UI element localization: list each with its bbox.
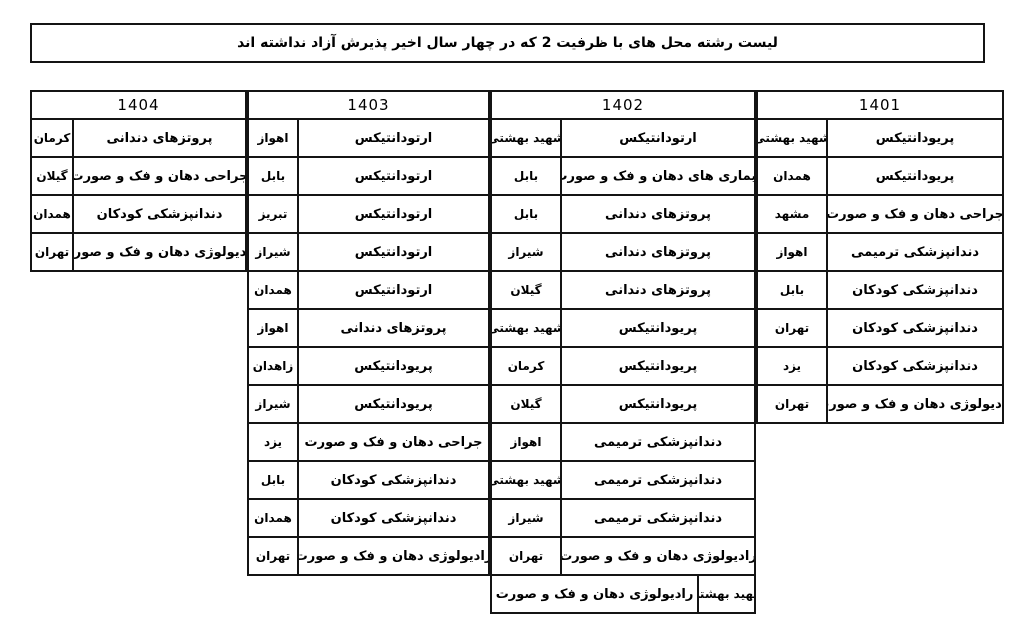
city-cell: شهید بهشتی [492, 120, 562, 156]
city-cell: اهواز [249, 120, 299, 156]
specialty-cell: جراحی دهان و فک و صورت [828, 196, 1002, 232]
city-cell: کرمان [492, 348, 562, 384]
table-row: اهوازدندانپزشکی ترمیمی [492, 422, 754, 460]
city-cell: زاهدان [249, 348, 299, 384]
table-row: یزددندانپزشکی کودکان [758, 346, 1002, 384]
table-row: همدانپریودانتیکس [758, 156, 1002, 194]
year-group-1402: 1402 شهید بهشتیارتودانتیکسبابلبیماری های… [490, 90, 756, 614]
specialty-cell: پریودانتیکس [562, 386, 754, 422]
table-row: گیلانپروتزهای دندانی [492, 270, 754, 308]
table-row: تبریزارتودانتیکس [249, 194, 488, 232]
city-cell: همدان [249, 500, 299, 536]
specialty-cell: بیماری های دهان و فک و صورت [562, 158, 754, 194]
specialty-cell: رادیولوژی دهان و فک و صورت [562, 538, 754, 574]
year-group-1403: 1403 اهوازارتودانتیکسبابلارتودانتیکستبری… [247, 90, 490, 576]
year-group-1401: 1401 شهید بهشتیپریودانتیکسهمدانپریودانتی… [756, 90, 1004, 424]
specialty-cell: رادیولوژی دهان و فک و صورت [828, 386, 1002, 422]
city-cell: شهید بهشتی [699, 576, 754, 612]
table-row: کرمانپروتزهای دندانی [32, 118, 245, 156]
city-cell: شهید بهشتی [492, 310, 562, 346]
specialty-cell: جراحی دهان و فک و صورت [299, 424, 488, 460]
specialty-cell: رادیولوژی دهان و فک و صورت [492, 576, 699, 612]
city-cell: اهواز [249, 310, 299, 346]
table-row: تهرانرادیولوژی دهان و فک و صورت [32, 232, 245, 270]
city-cell: یزد [758, 348, 828, 384]
rows-1404: کرمانپروتزهای دندانیگیلانجراحی دهان و فک… [32, 118, 245, 270]
specialty-cell: ارتودانتیکس [299, 272, 488, 308]
city-cell: شیراز [249, 234, 299, 270]
year-header-1401: 1401 [758, 92, 1002, 118]
year-header-1403: 1403 [249, 92, 488, 118]
table-row: شهید بهشتیدندانپزشکی ترمیمی [492, 460, 754, 498]
city-cell: همدان [758, 158, 828, 194]
city-cell: تهران [249, 538, 299, 574]
city-cell: تهران [758, 310, 828, 346]
city-cell: شیراز [249, 386, 299, 422]
specialty-cell: دندانپزشکی کودکان [299, 500, 488, 536]
city-cell: تبریز [249, 196, 299, 232]
table-row: گیلانپریودانتیکس [492, 384, 754, 422]
city-cell: بابل [758, 272, 828, 308]
table-row: همداندندانپزشکی کودکان [249, 498, 488, 536]
table-row: تهرانرادیولوژی دهان و فک و صورت [758, 384, 1002, 422]
city-cell: گیلان [32, 158, 74, 194]
specialty-cell: پریودانتیکس [828, 158, 1002, 194]
table-row: زاهدانپریودانتیکس [249, 346, 488, 384]
specialty-cell: ارتودانتیکس [562, 120, 754, 156]
city-cell: همدان [32, 196, 74, 232]
specialty-cell: پروتزهای دندانی [74, 120, 245, 156]
city-cell: گیلان [492, 272, 562, 308]
table-row: بابلدندانپزشکی کودکان [758, 270, 1002, 308]
table-row: اهوازارتودانتیکس [249, 118, 488, 156]
table-row: بابلبیماری های دهان و فک و صورت [492, 156, 754, 194]
table-row: بابلدندانپزشکی کودکان [249, 460, 488, 498]
city-cell: تهران [32, 234, 74, 270]
specialty-cell: پروتزهای دندانی [562, 196, 754, 232]
specialty-cell: پریودانتیکس [299, 386, 488, 422]
specialty-cell: پریودانتیکس [562, 310, 754, 346]
specialty-cell: ارتودانتیکس [299, 120, 488, 156]
specialty-cell: دندانپزشکی ترمیمی [562, 462, 754, 498]
specialty-cell: ارتودانتیکس [299, 158, 488, 194]
rows-1403: اهوازارتودانتیکسبابلارتودانتیکستبریزارتو… [249, 118, 488, 574]
table-row: گیلانجراحی دهان و فک و صورت [32, 156, 245, 194]
specialty-cell: دندانپزشکی کودکان [828, 310, 1002, 346]
table-row: بابلارتودانتیکس [249, 156, 488, 194]
table-row: شیرازدندانپزشکی ترمیمی [492, 498, 754, 536]
specialty-cell: پروتزهای دندانی [562, 272, 754, 308]
specialty-cell: رادیولوژی دهان و فک و صورت [299, 538, 488, 574]
table-row: تهرانرادیولوژی دهان و فک و صورت [249, 536, 488, 574]
table-row: بابلپروتزهای دندانی [492, 194, 754, 232]
table-row: شیرازپریودانتیکس [249, 384, 488, 422]
year-header-1402: 1402 [492, 92, 754, 118]
rows-1401: شهید بهشتیپریودانتیکسهمدانپریودانتیکسمشه… [758, 118, 1002, 422]
specialty-cell: پریودانتیکس [299, 348, 488, 384]
page-title: لیست رشته محل های با ظرفیت 2 که در چهار … [237, 35, 778, 51]
year-group-1404: 1404 کرمانپروتزهای دندانیگیلانجراحی دهان… [30, 90, 247, 272]
city-cell: یزد [249, 424, 299, 460]
specialty-cell: دندانپزشکی کودکان [828, 348, 1002, 384]
table-row: رادیولوژی دهان و فک و صورتشهید بهشتی [492, 574, 754, 612]
table-row: شیرازپروتزهای دندانی [492, 232, 754, 270]
title-box: لیست رشته محل های با ظرفیت 2 که در چهار … [30, 23, 985, 63]
table-row: همداندندانپزشکی کودکان [32, 194, 245, 232]
specialty-cell: ارتودانتیکس [299, 234, 488, 270]
city-cell: بابل [492, 158, 562, 194]
specialty-cell: پروتزهای دندانی [562, 234, 754, 270]
city-cell: مشهد [758, 196, 828, 232]
city-cell: شیراز [492, 500, 562, 536]
table-row: همدانارتودانتیکس [249, 270, 488, 308]
rows-1402: شهید بهشتیارتودانتیکسبابلبیماری های دهان… [492, 118, 754, 612]
table-row: کرمانپریودانتیکس [492, 346, 754, 384]
table-row: شهید بهشتیپریودانتیکس [758, 118, 1002, 156]
table-row: یزدجراحی دهان و فک و صورت [249, 422, 488, 460]
city-cell: گیلان [492, 386, 562, 422]
table-row: شهید بهشتیارتودانتیکس [492, 118, 754, 156]
city-cell: بابل [249, 158, 299, 194]
table-row: مشهدجراحی دهان و فک و صورت [758, 194, 1002, 232]
specialty-cell: دندانپزشکی کودکان [74, 196, 245, 232]
specialty-cell: دندانپزشکی کودکان [299, 462, 488, 498]
specialty-cell: پروتزهای دندانی [299, 310, 488, 346]
table-row: اهوازدندانپزشکی ترمیمی [758, 232, 1002, 270]
specialty-cell: دندانپزشکی ترمیمی [828, 234, 1002, 270]
city-cell: اهواز [758, 234, 828, 270]
specialty-cell: جراحی دهان و فک و صورت [74, 158, 245, 194]
city-cell: اهواز [492, 424, 562, 460]
specialty-cell: پریودانتیکس [828, 120, 1002, 156]
specialty-cell: رادیولوژی دهان و فک و صورت [74, 234, 245, 270]
specialty-cell: پریودانتیکس [562, 348, 754, 384]
table-row: شهید بهشتیپریودانتیکس [492, 308, 754, 346]
table-row: تهراندندانپزشکی کودکان [758, 308, 1002, 346]
city-cell: همدان [249, 272, 299, 308]
admissions-table: 1404 کرمانپروتزهای دندانیگیلانجراحی دهان… [30, 90, 1004, 614]
specialty-cell: دندانپزشکی ترمیمی [562, 424, 754, 460]
table-row: اهوازپروتزهای دندانی [249, 308, 488, 346]
city-cell: بابل [492, 196, 562, 232]
specialty-cell: دندانپزشکی ترمیمی [562, 500, 754, 536]
city-cell: بابل [249, 462, 299, 498]
document-page: لیست رشته محل های با ظرفیت 2 که در چهار … [0, 0, 1024, 644]
city-cell: کرمان [32, 120, 74, 156]
city-cell: شیراز [492, 234, 562, 270]
table-row: شیرازارتودانتیکس [249, 232, 488, 270]
city-cell: تهران [492, 538, 562, 574]
table-row: تهرانرادیولوژی دهان و فک و صورت [492, 536, 754, 574]
city-cell: شهید بهشتی [758, 120, 828, 156]
year-header-1404: 1404 [32, 92, 245, 118]
specialty-cell: دندانپزشکی کودکان [828, 272, 1002, 308]
city-cell: تهران [758, 386, 828, 422]
city-cell: شهید بهشتی [492, 462, 562, 498]
specialty-cell: ارتودانتیکس [299, 196, 488, 232]
